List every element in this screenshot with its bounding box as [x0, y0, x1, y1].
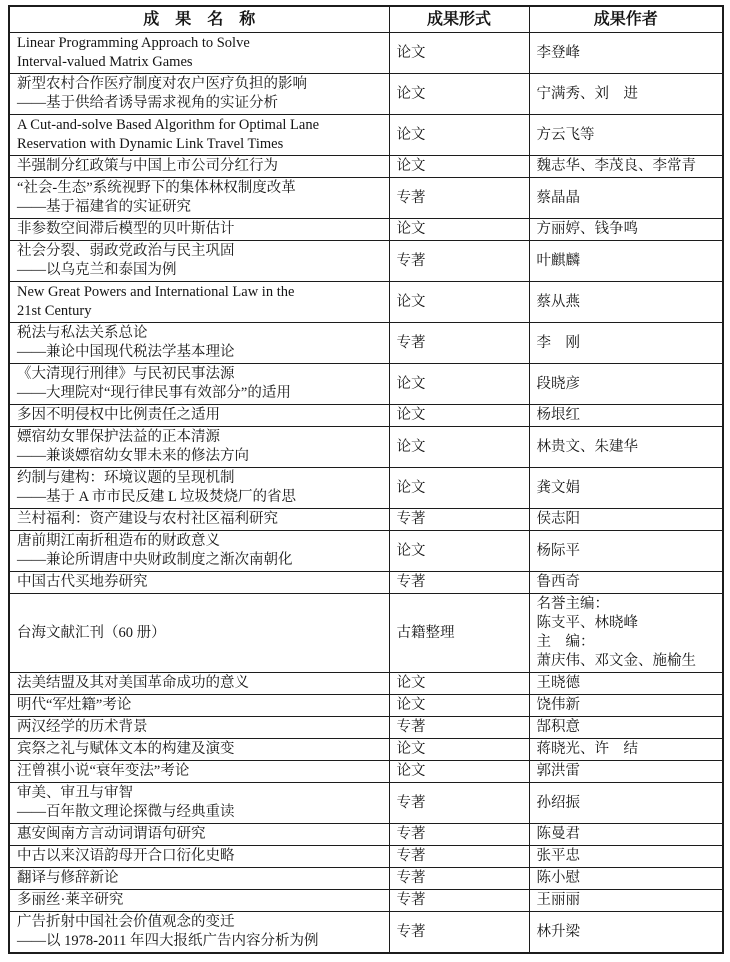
cell-form: 论文: [389, 282, 529, 323]
table-row: 《大清现行刑律》与民初民事法源 ——大理院对“现行律民事有效部分”的适用 论文 …: [9, 364, 723, 405]
cell-authors: 杨垠红: [529, 405, 723, 427]
cell-title: 惠安闽南方言动词谓语句研究: [9, 824, 389, 846]
table-row: 台海文献汇刊（60 册） 古籍整理 名誉主编： 陈支平、林晓峰 主 编： 萧庆伟…: [9, 594, 723, 673]
cell-authors: 张平忠: [529, 846, 723, 868]
table-row: 中国古代买地券研究 专著 鲁西奇: [9, 572, 723, 594]
cell-title: 约制与建构：环境议题的呈现机制 ——基于 A 市市民反建 L 垃圾焚烧厂的省思: [9, 468, 389, 509]
table-row: 惠安闽南方言动词谓语句研究 专著 陈曼君: [9, 824, 723, 846]
cell-title: 翻译与修辞新论: [9, 868, 389, 890]
cell-form: 专著: [389, 890, 529, 912]
cell-title: 兰村福利：资产建设与农村社区福利研究: [9, 509, 389, 531]
cell-form: 专著: [389, 846, 529, 868]
cell-authors: 郭洪雷: [529, 761, 723, 783]
cell-form: 论文: [389, 761, 529, 783]
cell-authors: 方丽婷、钱争鸣: [529, 219, 723, 241]
cell-authors: 魏志华、李茂良、李常青: [529, 156, 723, 178]
cell-authors: 陈小慰: [529, 868, 723, 890]
cell-authors: 方云飞等: [529, 115, 723, 156]
table-row: 法美结盟及其对美国革命成功的意义 论文 王晓德: [9, 673, 723, 695]
cell-form: 专著: [389, 178, 529, 219]
table-row: 审美、审丑与审智 ——百年散文理论探微与经典重读 专著 孙绍振: [9, 783, 723, 824]
cell-authors: 王丽丽: [529, 890, 723, 912]
col-header-name: 成 果 名 称: [9, 6, 389, 33]
document-page: 成 果 名 称 成果形式 成果作者 Linear Programming App…: [0, 0, 730, 962]
cell-title: 《大清现行刑律》与民初民事法源 ——大理院对“现行律民事有效部分”的适用: [9, 364, 389, 405]
table-row: Linear Programming Approach to Solve Int…: [9, 33, 723, 74]
cell-title: 嫖宿幼女罪保护法益的正本清源 ——兼谈嫖宿幼女罪未来的修法方向: [9, 427, 389, 468]
cell-title: 多丽丝·莱辛研究: [9, 890, 389, 912]
cell-form: 论文: [389, 695, 529, 717]
table-row: 宾祭之礼与赋体文本的构建及演变 论文 蒋晓光、许 结: [9, 739, 723, 761]
cell-title: 宾祭之礼与赋体文本的构建及演变: [9, 739, 389, 761]
cell-authors: 林升梁: [529, 912, 723, 954]
table-row: 两汉经学的历术背景 专著 郜积意: [9, 717, 723, 739]
cell-form: 专著: [389, 868, 529, 890]
cell-authors: 杨际平: [529, 531, 723, 572]
cell-title: 中国古代买地券研究: [9, 572, 389, 594]
table-row: 翻译与修辞新论 专著 陈小慰: [9, 868, 723, 890]
cell-title: 多因不明侵权中比例责任之适用: [9, 405, 389, 427]
table-row: New Great Powers and International Law i…: [9, 282, 723, 323]
cell-form: 专著: [389, 572, 529, 594]
table-row: A Cut-and-solve Based Algorithm for Opti…: [9, 115, 723, 156]
cell-form: 专著: [389, 323, 529, 364]
table-row: 广告折射中国社会价值观念的变迁 ——以 1978-2011 年四大报纸广告内容分…: [9, 912, 723, 954]
cell-form: 论文: [389, 115, 529, 156]
cell-title: A Cut-and-solve Based Algorithm for Opti…: [9, 115, 389, 156]
cell-title: New Great Powers and International Law i…: [9, 282, 389, 323]
cell-form: 古籍整理: [389, 594, 529, 673]
table-row: 中古以来汉语韵母开合口衍化史略 专著 张平忠: [9, 846, 723, 868]
cell-form: 论文: [389, 219, 529, 241]
cell-form: 论文: [389, 74, 529, 115]
cell-authors: 孙绍振: [529, 783, 723, 824]
table-row: 唐前期江南折租造布的财政意义 ——兼论所谓唐中央财政制度之渐次南朝化 论文 杨际…: [9, 531, 723, 572]
header-row: 成 果 名 称 成果形式 成果作者: [9, 6, 723, 33]
cell-authors: 陈曼君: [529, 824, 723, 846]
cell-title: 明代“军灶籍”考论: [9, 695, 389, 717]
table-row: 税法与私法关系总论 ——兼论中国现代税法学基本理论 专著 李 刚: [9, 323, 723, 364]
col-header-form: 成果形式: [389, 6, 529, 33]
cell-title: 中古以来汉语韵母开合口衍化史略: [9, 846, 389, 868]
table-row: 多因不明侵权中比例责任之适用 论文 杨垠红: [9, 405, 723, 427]
col-header-authors: 成果作者: [529, 6, 723, 33]
table-row: 多丽丝·莱辛研究 专著 王丽丽: [9, 890, 723, 912]
results-table-body: Linear Programming Approach to Solve Int…: [9, 33, 723, 954]
cell-form: 专著: [389, 783, 529, 824]
cell-authors: 王晓德: [529, 673, 723, 695]
cell-authors: 蔡从燕: [529, 282, 723, 323]
table-row: 非参数空间滞后模型的贝叶斯估计 论文 方丽婷、钱争鸣: [9, 219, 723, 241]
table-row: 汪曾祺小说“衰年变法”考论 论文 郭洪雷: [9, 761, 723, 783]
cell-form: 专著: [389, 824, 529, 846]
cell-title: 唐前期江南折租造布的财政意义 ——兼论所谓唐中央财政制度之渐次南朝化: [9, 531, 389, 572]
cell-authors: 李 刚: [529, 323, 723, 364]
cell-authors: 名誉主编： 陈支平、林晓峰 主 编： 萧庆伟、邓文金、施榆生: [529, 594, 723, 673]
cell-title: 广告折射中国社会价值观念的变迁 ——以 1978-2011 年四大报纸广告内容分…: [9, 912, 389, 954]
table-row: 半强制分红政策与中国上市公司分红行为 论文 魏志华、李茂良、李常青: [9, 156, 723, 178]
cell-authors: 鲁西奇: [529, 572, 723, 594]
cell-authors: 段晓彦: [529, 364, 723, 405]
cell-form: 论文: [389, 405, 529, 427]
cell-authors: 李登峰: [529, 33, 723, 74]
cell-form: 专著: [389, 912, 529, 954]
cell-title: 法美结盟及其对美国革命成功的意义: [9, 673, 389, 695]
cell-form: 论文: [389, 364, 529, 405]
cell-authors: 宁满秀、刘 进: [529, 74, 723, 115]
cell-authors: 叶麒麟: [529, 241, 723, 282]
cell-title: 非参数空间滞后模型的贝叶斯估计: [9, 219, 389, 241]
cell-form: 论文: [389, 427, 529, 468]
cell-form: 专著: [389, 717, 529, 739]
cell-title: Linear Programming Approach to Solve Int…: [9, 33, 389, 74]
cell-authors: 龚文娟: [529, 468, 723, 509]
cell-authors: 郜积意: [529, 717, 723, 739]
cell-title: 汪曾祺小说“衰年变法”考论: [9, 761, 389, 783]
cell-form: 论文: [389, 673, 529, 695]
cell-form: 专著: [389, 241, 529, 282]
cell-title: 两汉经学的历术背景: [9, 717, 389, 739]
cell-form: 专著: [389, 509, 529, 531]
cell-form: 论文: [389, 156, 529, 178]
cell-authors: 侯志阳: [529, 509, 723, 531]
table-row: “社会-生态”系统视野下的集体林权制度改革 ——基于福建省的实证研究 专著 蔡晶…: [9, 178, 723, 219]
cell-authors: 林贵文、朱建华: [529, 427, 723, 468]
table-row: 社会分裂、弱政党政治与民主巩固 ——以乌克兰和泰国为例 专著 叶麒麟: [9, 241, 723, 282]
cell-title: 半强制分红政策与中国上市公司分红行为: [9, 156, 389, 178]
cell-title: 社会分裂、弱政党政治与民主巩固 ——以乌克兰和泰国为例: [9, 241, 389, 282]
cell-authors: 蒋晓光、许 结: [529, 739, 723, 761]
cell-form: 论文: [389, 468, 529, 509]
cell-title: 新型农村合作医疗制度对农户医疗负担的影响 ——基于供给者诱导需求视角的实证分析: [9, 74, 389, 115]
achievements-table: 成 果 名 称 成果形式 成果作者 Linear Programming App…: [8, 5, 724, 954]
cell-title: 台海文献汇刊（60 册）: [9, 594, 389, 673]
table-row: 新型农村合作医疗制度对农户医疗负担的影响 ——基于供给者诱导需求视角的实证分析 …: [9, 74, 723, 115]
cell-title: “社会-生态”系统视野下的集体林权制度改革 ——基于福建省的实证研究: [9, 178, 389, 219]
cell-form: 论文: [389, 33, 529, 74]
cell-authors: 蔡晶晶: [529, 178, 723, 219]
cell-title: 税法与私法关系总论 ——兼论中国现代税法学基本理论: [9, 323, 389, 364]
table-row: 兰村福利：资产建设与农村社区福利研究 专著 侯志阳: [9, 509, 723, 531]
cell-authors: 饶伟新: [529, 695, 723, 717]
cell-form: 论文: [389, 739, 529, 761]
cell-title: 审美、审丑与审智 ——百年散文理论探微与经典重读: [9, 783, 389, 824]
table-row: 明代“军灶籍”考论 论文 饶伟新: [9, 695, 723, 717]
table-row: 约制与建构：环境议题的呈现机制 ——基于 A 市市民反建 L 垃圾焚烧厂的省思 …: [9, 468, 723, 509]
table-row: 嫖宿幼女罪保护法益的正本清源 ——兼谈嫖宿幼女罪未来的修法方向 论文 林贵文、朱…: [9, 427, 723, 468]
cell-form: 论文: [389, 531, 529, 572]
